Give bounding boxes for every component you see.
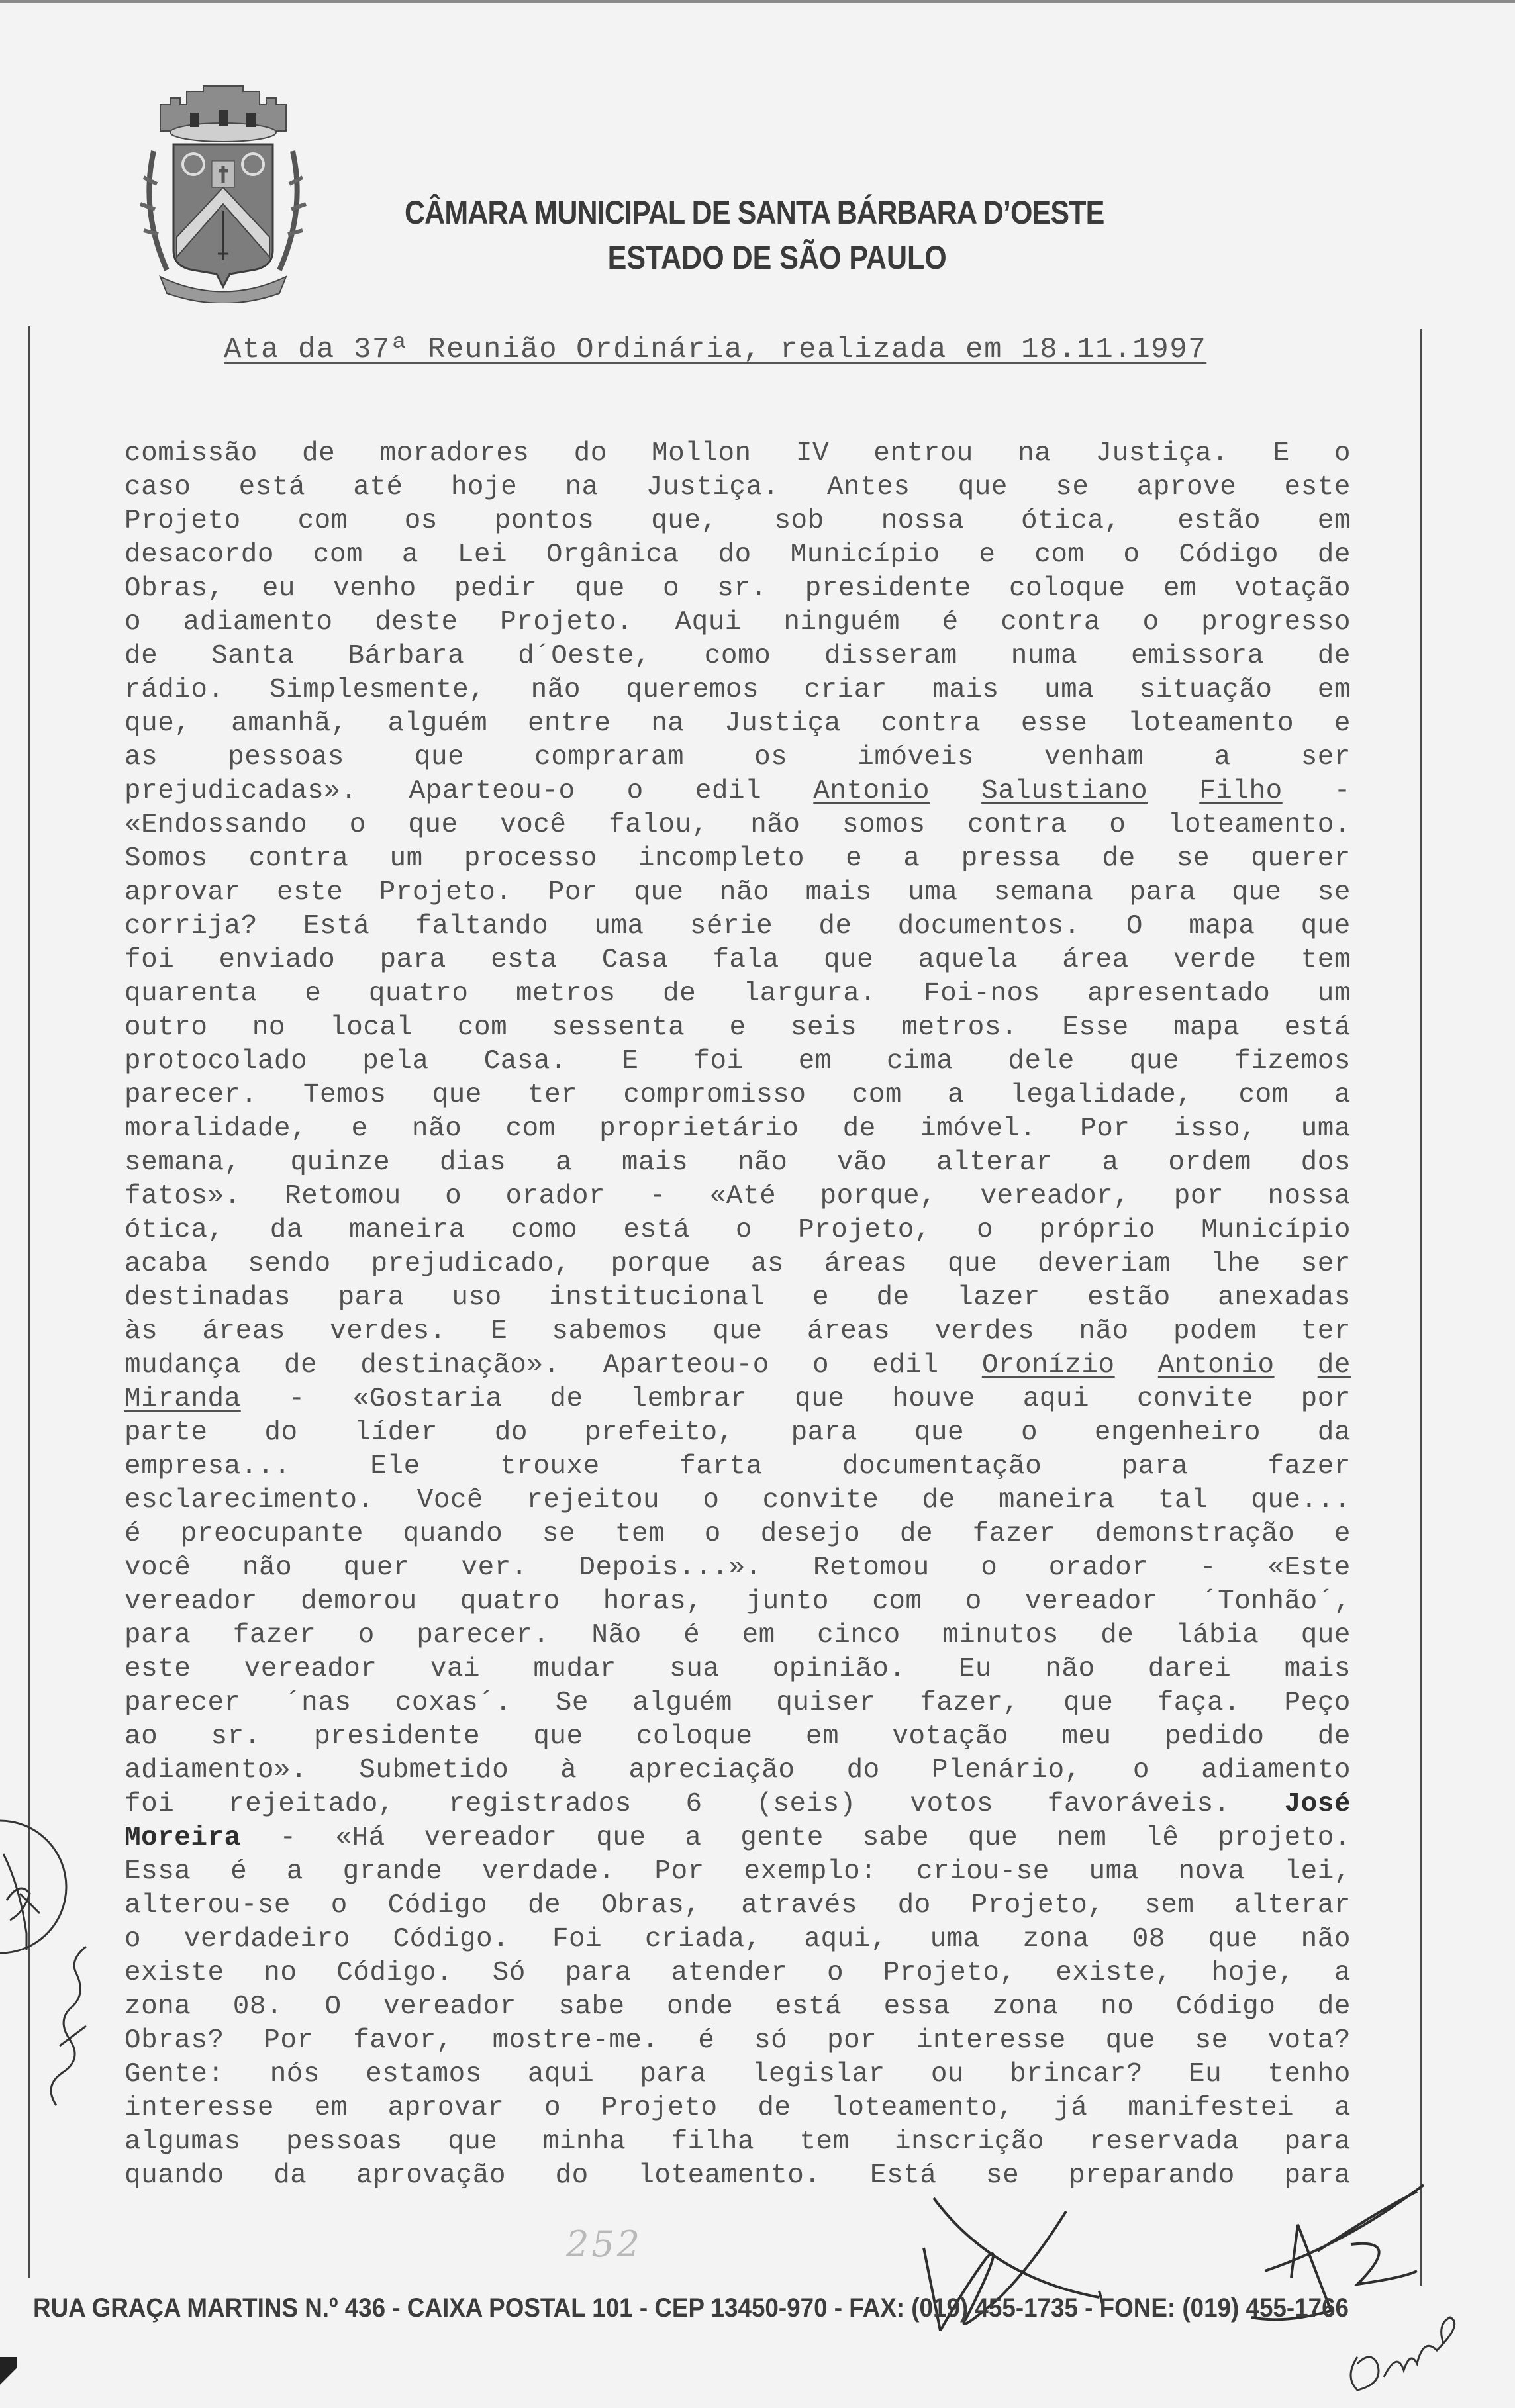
word: estão <box>1177 505 1261 538</box>
word: lembrar <box>631 1382 748 1416</box>
word: de <box>1318 640 1351 673</box>
word: Gente: <box>124 2058 224 2092</box>
minutes-line: que,amanhã,alguémentrenaJustiçacontraess… <box>124 707 1351 741</box>
word: está <box>775 1990 842 2024</box>
word: Por <box>654 1855 704 1889</box>
word: ótica, <box>1021 505 1121 538</box>
word: tal <box>1158 1484 1208 1517</box>
word: Se <box>556 1686 589 1720</box>
word: é <box>698 2024 714 2058</box>
word: com <box>313 538 363 572</box>
word: zona <box>1023 1923 1089 1956</box>
word: favoráveis. <box>1048 1788 1230 1821</box>
word: mais <box>805 876 871 910</box>
word: registrados <box>449 1788 632 1821</box>
word: parecer. <box>124 1079 258 1112</box>
word: um <box>390 842 423 876</box>
speaker-name: Moreira <box>124 1821 241 1855</box>
word: estamos <box>366 2058 482 2092</box>
word: E <box>622 1045 638 1079</box>
word: houve <box>892 1382 975 1416</box>
word: faça. <box>1157 1686 1241 1720</box>
word: Mollon <box>652 437 752 471</box>
word: tem <box>615 1517 665 1551</box>
word: numa <box>1011 640 1077 673</box>
word: vereador <box>124 1585 258 1619</box>
word: áreas <box>824 1247 908 1281</box>
word: o <box>331 1889 348 1923</box>
word: queremos <box>626 673 759 707</box>
minutes-line: parecer´nascoxas´.Sealguémquiserfazer,qu… <box>124 1686 1351 1720</box>
word: opinião. <box>773 1653 906 1686</box>
word: Eu <box>1189 2058 1222 2092</box>
word: Eu <box>959 1653 992 1686</box>
word: o <box>663 572 679 606</box>
speaker-name: José <box>1285 1788 1351 1821</box>
word: quiser <box>776 1686 876 1720</box>
word: o <box>1021 1416 1038 1450</box>
word: para <box>565 1956 631 1990</box>
word: adiamento <box>183 606 333 640</box>
word: Simplesmente, <box>269 673 485 707</box>
minutes-line: foirejeitado,registrados6(seis)votosfavo… <box>124 1788 1351 1821</box>
word: a <box>685 1821 701 1855</box>
word: com <box>1034 538 1084 572</box>
word: a <box>1334 1079 1351 1112</box>
word: mais <box>622 1146 688 1180</box>
word: ter <box>528 1079 577 1112</box>
word: está <box>1285 1011 1351 1045</box>
signature-left-margin-1 <box>0 1801 73 1960</box>
word: aprovar <box>388 2092 505 2125</box>
minutes-line: Obras?Porfavor,mostre-me.ésóporinteresse… <box>124 2024 1351 2058</box>
word: interesse <box>916 2024 1066 2058</box>
word: ver. <box>462 1551 528 1585</box>
organization-state-text: ESTADO DE SÃO PAULO <box>608 238 947 277</box>
word: para <box>379 943 446 977</box>
word: ´nas <box>285 1686 351 1720</box>
word: e <box>1334 707 1351 741</box>
word: que, <box>124 707 191 741</box>
word: que <box>795 1382 844 1416</box>
word: está <box>239 471 305 505</box>
word: maneira <box>999 1484 1115 1517</box>
word: no <box>252 1011 285 1045</box>
word: pessoas <box>228 741 344 775</box>
word: minha <box>543 2125 626 2159</box>
word: local <box>330 1011 413 1045</box>
word: a <box>402 538 418 572</box>
word: vereador <box>244 1653 377 1686</box>
word: contra <box>249 842 349 876</box>
word: o <box>124 1923 141 1956</box>
minutes-line: corrija?Estáfaltandoumasériededocumentos… <box>124 910 1351 943</box>
word: compromisso <box>623 1079 806 1112</box>
word: pela <box>362 1045 428 1079</box>
word: através <box>741 1889 857 1923</box>
word: criou-se <box>916 1855 1050 1889</box>
word: áreas <box>807 1315 891 1349</box>
word: E <box>491 1315 507 1349</box>
word: que <box>1130 1045 1179 1079</box>
word: o <box>812 1349 829 1382</box>
word: do <box>264 1416 297 1450</box>
word: para <box>791 1416 857 1450</box>
word: legislar <box>752 2058 885 2092</box>
minutes-line: Gente:nósestamosaquiparalegislaroubrinca… <box>124 2058 1351 2092</box>
word: ´Tonhão´, <box>1201 1585 1351 1619</box>
word: zona <box>124 1990 191 2024</box>
word: que <box>1232 876 1281 910</box>
word: é <box>683 1619 700 1653</box>
word: corrija? <box>124 910 258 943</box>
word: hoje <box>451 471 517 505</box>
word: para <box>640 2058 706 2092</box>
word: atender <box>671 1956 788 1990</box>
minutes-line: foienviadoparaestaCasafalaqueaquelaáreav… <box>124 943 1351 977</box>
word: 6 <box>685 1788 702 1821</box>
word: este <box>277 876 343 910</box>
word: verde <box>1173 943 1257 977</box>
word: Esse <box>1062 1011 1128 1045</box>
word: fazer <box>1267 1450 1351 1484</box>
word: comissão <box>124 437 258 471</box>
word: para <box>338 1281 405 1315</box>
word: «Este <box>1267 1551 1351 1585</box>
word: de <box>663 977 696 1011</box>
word: até <box>353 471 403 505</box>
word: E <box>1273 437 1290 471</box>
word: Retomou <box>813 1551 930 1585</box>
word: e <box>812 1281 829 1315</box>
word: ter <box>1301 1315 1351 1349</box>
word: as <box>751 1247 784 1281</box>
word: a <box>1334 1956 1351 1990</box>
minutes-line: Essaéagrandeverdade.Porexemplo:criou-seu… <box>124 1855 1351 1889</box>
word: o <box>965 1585 982 1619</box>
word: verdes. <box>330 1315 446 1349</box>
word: filha <box>671 2125 755 2159</box>
minutes-line: casoestáatéhojenaJustiça.Antesqueseaprov… <box>124 471 1351 505</box>
word: Por <box>548 876 598 910</box>
word: convite <box>763 1484 879 1517</box>
word: ninguém <box>783 606 900 640</box>
minutes-line: adiamento».SubmetidoàapreciaçãodoPlenári… <box>124 1754 1351 1788</box>
word: que <box>968 1821 1018 1855</box>
word: de <box>1102 842 1135 876</box>
word: Depois...». <box>579 1551 761 1585</box>
word: pessoas <box>286 2125 403 2159</box>
word: da <box>1318 1416 1351 1450</box>
word: quatro <box>369 977 469 1011</box>
word: votação <box>892 1720 1008 1754</box>
word: manifestei <box>1128 2092 1294 2125</box>
word: moralidade, <box>124 1112 307 1146</box>
word: O <box>1126 910 1143 943</box>
word: votos <box>910 1788 994 1821</box>
word: não <box>412 1112 462 1146</box>
word: com <box>298 505 348 538</box>
word: na <box>1018 437 1051 471</box>
minutes-line: vocênãoquerver.Depois...».Retomouoorador… <box>124 1551 1351 1585</box>
word: Você <box>417 1484 483 1517</box>
word: querer <box>1251 842 1351 876</box>
word: proprietário <box>599 1112 799 1146</box>
word: acaba <box>124 1247 208 1281</box>
minutes-line: empresa...Eletrouxefartadocumentaçãopara… <box>124 1450 1351 1484</box>
word: aqui, <box>804 1923 887 1956</box>
word: Não <box>591 1619 641 1653</box>
word: favor, <box>353 2024 453 2058</box>
word: o <box>827 1956 844 1990</box>
word: demorou <box>301 1585 417 1619</box>
minutes-line: «Endossandooquevocêfalou,nãosomoscontrao… <box>124 808 1351 842</box>
word: lei, <box>1285 1855 1351 1889</box>
word: convite <box>1137 1382 1253 1416</box>
word: (seis) <box>756 1788 856 1821</box>
minutes-line: moralidade,enãocomproprietáriodeimóvel.P… <box>124 1112 1351 1146</box>
word: maneira <box>349 1214 465 1247</box>
word: o <box>445 1180 462 1214</box>
word: Obras, <box>124 572 224 606</box>
word: dias <box>440 1146 506 1180</box>
word: moradores <box>379 437 529 471</box>
word: a <box>903 842 920 876</box>
word: mapa <box>1173 1011 1240 1045</box>
word: a <box>287 1855 303 1889</box>
minutes-line: fatos».Retomouoorador-«Atéporque,vereado… <box>124 1180 1351 1214</box>
word: situação <box>1140 673 1273 707</box>
word: se <box>1055 471 1089 505</box>
word: na <box>565 471 598 505</box>
word: foi <box>693 1045 743 1079</box>
word: os <box>405 505 438 538</box>
word: empresa... <box>124 1450 291 1484</box>
word: legalidade, <box>1010 1079 1193 1112</box>
word: loteamento. <box>1168 808 1351 842</box>
word: de <box>284 1349 317 1382</box>
word: aprovação <box>356 2159 506 2193</box>
word: Município <box>791 538 940 572</box>
word: coloque <box>636 1720 753 1754</box>
word: de <box>922 1484 955 1517</box>
word: «Endossando <box>124 808 307 842</box>
word: dos <box>1301 1146 1351 1180</box>
word: incompleto <box>638 842 805 876</box>
word: que <box>1208 1923 1258 1956</box>
word: uma <box>594 910 644 943</box>
word: tenho <box>1267 2058 1351 2092</box>
word: série <box>690 910 773 943</box>
word: vota? <box>1267 2024 1351 2058</box>
word: como <box>705 640 771 673</box>
minutes-line: Somoscontraumprocessoincompletoeapressad… <box>124 842 1351 876</box>
word: fazer <box>973 1517 1056 1551</box>
minutes-line: destinadasparausoinstitucionaledelazeres… <box>124 1281 1351 1315</box>
word: vereador <box>424 1821 558 1855</box>
word: o <box>627 775 644 808</box>
word: em <box>806 1720 839 1754</box>
word: que <box>448 2125 497 2159</box>
word: imóveis <box>857 741 974 775</box>
word: que <box>1301 910 1351 943</box>
organization-state: ESTADO DE SÃO PAULO <box>0 238 1515 277</box>
word: aprovar <box>124 876 241 910</box>
minutes-line: quandodaaprovaçãodoloteamento.Estáseprep… <box>124 2159 1351 2193</box>
minutes-line: parafazeroparecer.Nãoéemcincominutosdelá… <box>124 1619 1351 1653</box>
word: semana, <box>124 1146 241 1180</box>
word: loteamento <box>1128 707 1294 741</box>
signature-bottom-center <box>914 2185 1245 2364</box>
word: onde <box>667 1990 733 2024</box>
word: para <box>1130 876 1196 910</box>
word: não <box>720 876 769 910</box>
word: que <box>712 1315 762 1349</box>
word: do <box>718 538 752 572</box>
word: não <box>750 808 800 842</box>
minutes-line: aprovaresteProjeto.Porquenãomaisumaseman… <box>124 876 1351 910</box>
word: o <box>1109 808 1126 842</box>
scan-shadow <box>0 2357 17 2408</box>
word: este <box>1285 471 1351 505</box>
word: vereador, <box>981 1180 1130 1214</box>
word: verdade. <box>482 1855 615 1889</box>
word: Submetido <box>359 1754 509 1788</box>
word: próprio <box>1039 1214 1155 1247</box>
councilor-name: Oronízio <box>982 1349 1115 1382</box>
word: - <box>649 1180 665 1214</box>
word: vai <box>430 1653 480 1686</box>
word: uma <box>1301 1112 1351 1146</box>
word: nós <box>270 2058 320 2092</box>
word: Por <box>264 2024 313 2058</box>
frame-border-left <box>28 326 30 2278</box>
word: apresentado <box>1087 977 1270 1011</box>
word: que <box>634 876 683 910</box>
word: que <box>1301 1619 1351 1653</box>
word: lazer <box>957 1281 1040 1315</box>
minutes-line: alterou-seoCódigodeObras,atravésdoProjet… <box>124 1889 1351 1923</box>
word: que <box>408 808 458 842</box>
word: as <box>124 741 158 775</box>
word: Justiça. <box>1096 437 1229 471</box>
word: lhe <box>1211 1247 1261 1281</box>
word: Por <box>1080 1112 1130 1146</box>
word: Lei <box>458 538 507 572</box>
word: contra <box>967 808 1067 842</box>
word: o <box>358 1619 375 1653</box>
word: sabe <box>558 1990 624 2024</box>
word: presidente <box>314 1720 480 1754</box>
word: O <box>324 1990 341 2024</box>
word: para <box>1285 2125 1351 2159</box>
word: isso, <box>1174 1112 1257 1146</box>
minutes-line: esclarecimento.Vocêrejeitouoconvitedeman… <box>124 1484 1351 1517</box>
word: mais <box>932 673 999 707</box>
word: se <box>542 1517 575 1551</box>
word: às <box>124 1315 158 1349</box>
word: Código <box>1176 1990 1276 2024</box>
word: votação <box>1234 572 1351 606</box>
word: com <box>1238 1079 1288 1112</box>
word: parecer <box>124 1686 241 1720</box>
word: um <box>1318 977 1351 1011</box>
word: IV <box>796 437 829 471</box>
minutes-line: rádio.Simplesmente,nãoqueremoscriarmaisu… <box>124 673 1351 707</box>
word: não <box>1079 1315 1128 1349</box>
word: minutos <box>942 1619 1059 1653</box>
word: Justiça. <box>646 471 779 505</box>
minutes-line: Moreira-«Hávereadorqueagentesabequenemlê… <box>124 1821 1351 1855</box>
word: nossa <box>881 505 965 538</box>
word: do <box>847 1754 880 1788</box>
word: é <box>124 1517 141 1551</box>
word: sr. <box>717 572 767 606</box>
word: ao <box>124 1720 158 1754</box>
word: que <box>432 1079 482 1112</box>
word: do <box>574 437 607 471</box>
word: Aparteou-o <box>409 775 575 808</box>
word: ser <box>1301 1247 1351 1281</box>
word: o <box>544 2092 561 2125</box>
word: Orgânica <box>546 538 679 572</box>
word: Bárbara <box>348 640 464 673</box>
word: pedir <box>454 572 538 606</box>
word: com <box>872 1585 922 1619</box>
word: prejudicadas». <box>124 775 357 808</box>
councilor-name: de <box>1318 1349 1351 1382</box>
minutes-line: Obras,euvenhopedirqueosr.presidentecoloq… <box>124 572 1351 606</box>
word: meu <box>1061 1720 1111 1754</box>
word: aqui <box>1023 1382 1089 1416</box>
word: esta <box>491 943 557 977</box>
word: uma <box>908 876 957 910</box>
word: os <box>754 741 787 775</box>
word: esclarecimento. <box>124 1484 374 1517</box>
councilor-name: Miranda <box>124 1382 241 1416</box>
minutes-line: àsáreasverdes.Esabemosqueáreasverdesnãop… <box>124 1315 1351 1349</box>
word: Obras, <box>601 1889 701 1923</box>
word: de <box>1318 1990 1351 2024</box>
word: o <box>1334 437 1351 471</box>
word: pressa <box>961 842 1061 876</box>
word: farta <box>679 1450 763 1484</box>
minutes-line: prejudicadas».Aparteou-ooedilAntonioSalu… <box>124 775 1351 808</box>
word: mostre-me. <box>493 2024 659 2058</box>
word: institucional <box>549 1281 765 1315</box>
word: horas, <box>603 1585 703 1619</box>
word: orador <box>1049 1551 1149 1585</box>
word: Casa. <box>484 1045 567 1079</box>
signature-left-margin-2 <box>36 1940 96 2112</box>
word: se <box>1177 842 1210 876</box>
minutes-line: existenoCódigo.SóparaatenderoProjeto,exi… <box>124 1956 1351 1990</box>
word: aprove <box>1137 471 1237 505</box>
word: compraram <box>534 741 684 775</box>
word: d´Oeste, <box>518 640 651 673</box>
councilor-name: Antonio <box>813 775 930 808</box>
word: sr. <box>211 1720 260 1754</box>
word: para <box>124 1619 191 1653</box>
word: o <box>1142 606 1159 640</box>
word: o <box>981 1551 997 1585</box>
word: para <box>1122 1450 1188 1484</box>
word: - <box>289 1382 305 1416</box>
word: metros. <box>901 1011 1018 1045</box>
word: o <box>736 1214 752 1247</box>
word: desacordo <box>124 538 274 572</box>
word: como <box>511 1214 577 1247</box>
